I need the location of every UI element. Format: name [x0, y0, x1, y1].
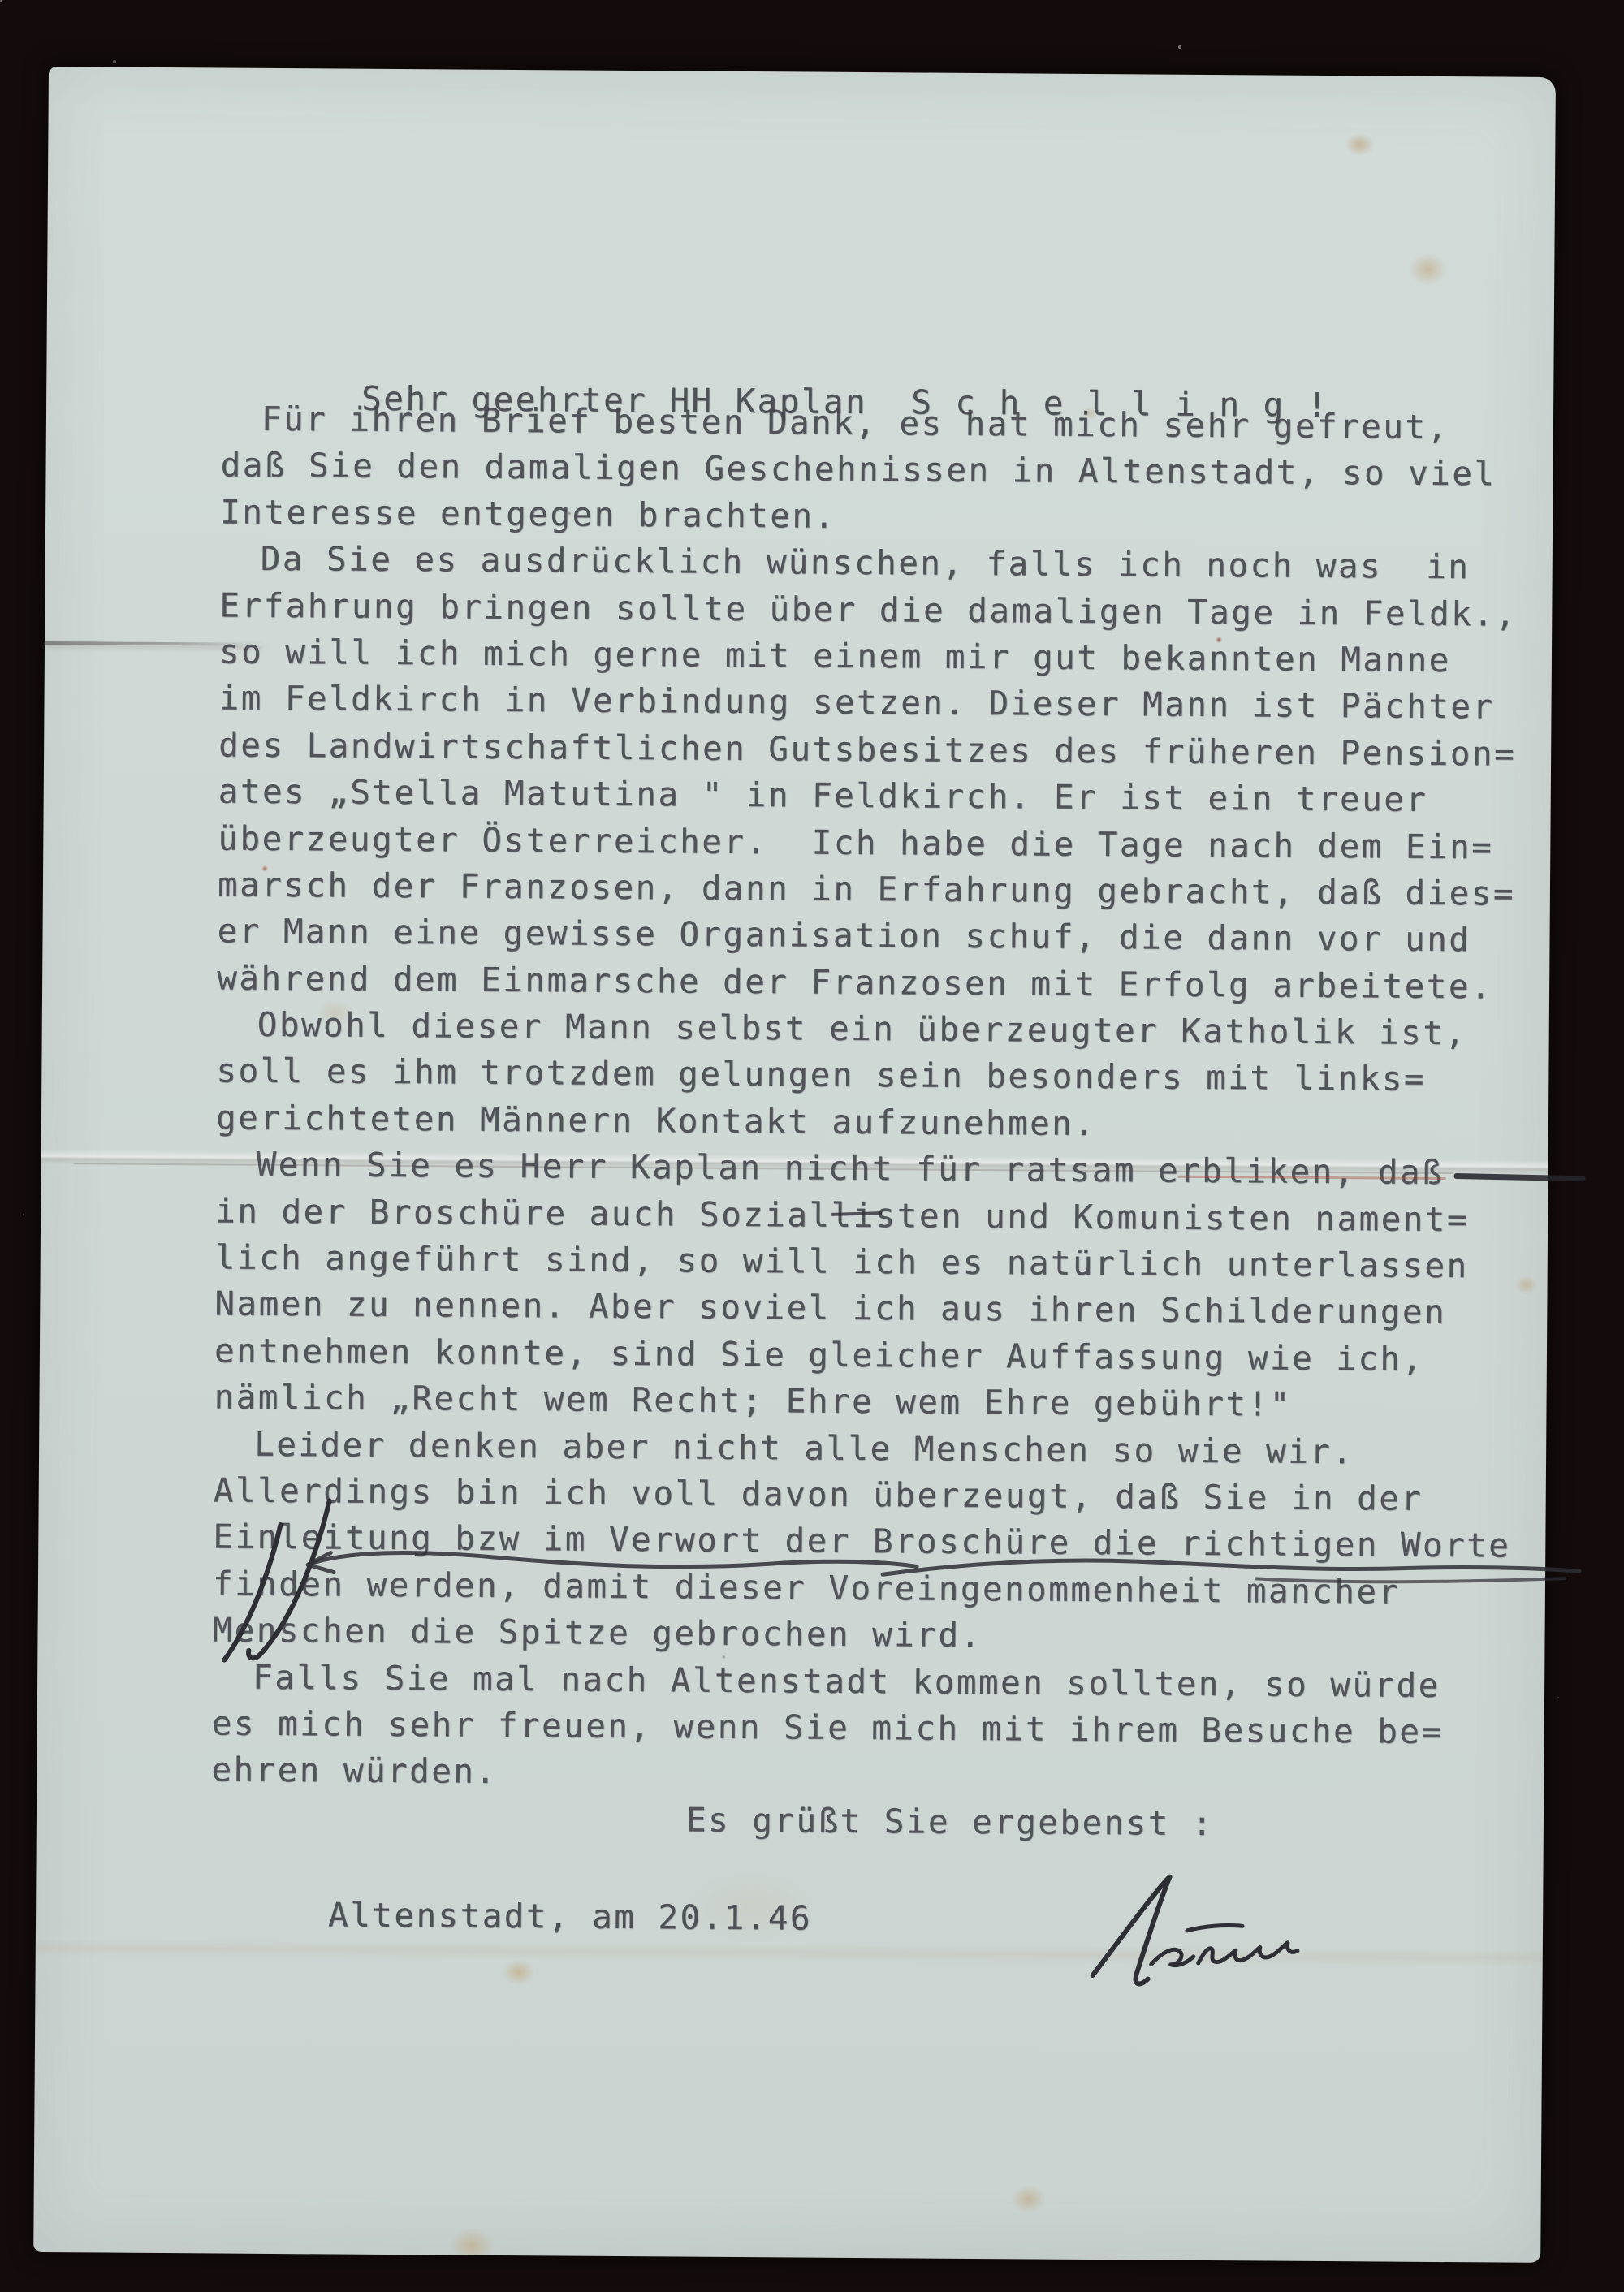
scanned-letter-photo: { "scan": { "background_color": "#130b0c… [0, 0, 1624, 2292]
fold-crease-bottom [36, 1939, 1543, 1967]
letter-line: Es grüßt Sie ergebenst : [211, 1797, 1509, 1853]
letter-body: Für ihren Brief besten Dank, es hat mich… [211, 399, 1518, 1852]
letter-paper: Sehr geehrter HH Kaplan S c h e l l i n … [33, 67, 1556, 2263]
signature [1082, 1868, 1327, 2000]
typewritten-text: Sehr geehrter HH Kaplan S c h e l l i n … [220, 300, 1330, 550]
letter-dateline: Altenstadt, am 20.1.46 [328, 1895, 812, 1937]
dust-specks [0, 0, 2, 2]
